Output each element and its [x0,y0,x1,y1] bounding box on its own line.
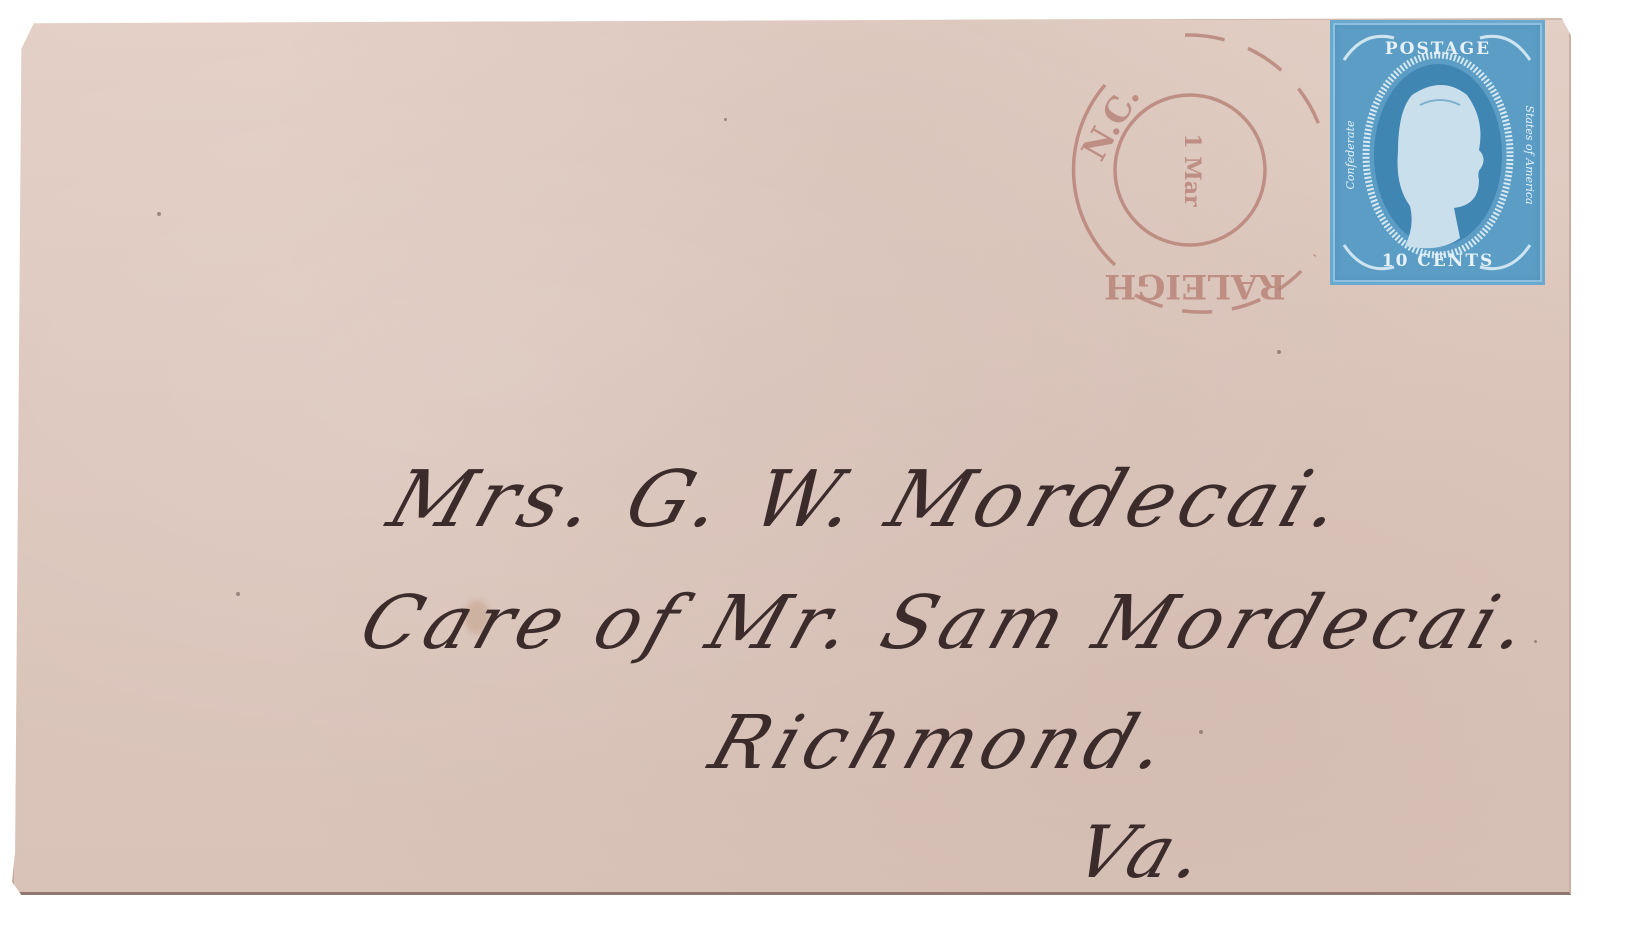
svg-text:POSTAGE: POSTAGE [1385,39,1491,59]
stamp-engraving-icon: POSTAGE 10 CENTS Confederate States of A… [1330,20,1545,285]
paper-speck [1534,640,1537,643]
svg-text:1 Mar: 1 Mar [1179,133,1205,207]
paper-speck [724,118,727,121]
postmark-icon: N.C. RALEIGH 1 Mar [1045,25,1345,325]
paper-speck [236,592,240,596]
postage-stamp: POSTAGE 10 CENTS Confederate States of A… [1330,20,1545,285]
paper-speck [1199,730,1203,734]
svg-text:Confederate: Confederate [1344,120,1357,189]
paper-speck [1277,350,1281,354]
paper-speck [157,212,161,216]
svg-text:10 CENTS: 10 CENTS [1382,251,1495,271]
svg-text:States of America: States of America [1523,105,1536,204]
svg-text:RALEIGH: RALEIGH [1104,266,1286,306]
postmark: N.C. RALEIGH 1 Mar [1045,25,1345,325]
paper-stain [464,600,490,634]
svg-text:N.C.: N.C. [1074,79,1148,167]
